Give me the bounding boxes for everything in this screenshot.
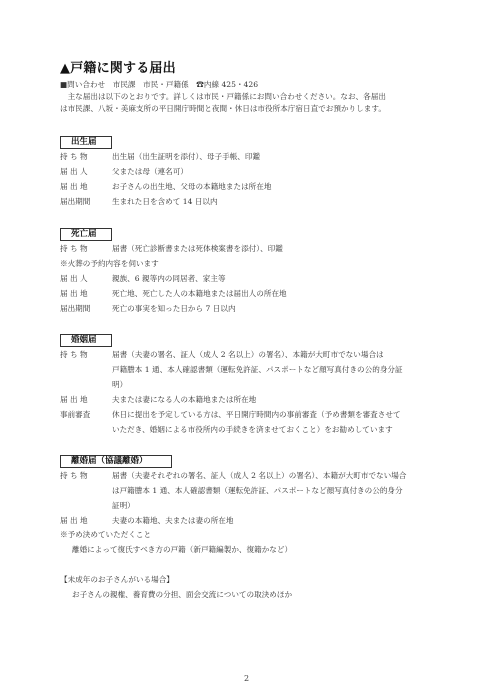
row-label: 届 出 地 [60,289,112,299]
row-label: 事前審査 [60,410,112,420]
row-value: 届書（夫妻の署名、証人（成人 2 名以上）の署名）、本籍が大町市でない場合は [112,350,384,360]
divorce-row: 届 出 地夫妻の本籍地、夫または妻の所在地 [60,516,234,526]
row-value: 死亡の事実を知った日から 7 日以内 [112,304,236,314]
row-label: 届 出 人 [60,167,112,177]
row-value: 生まれた日を含めて 14 日以内 [112,197,218,207]
death-note: ※火葬の予約内容を伺います [60,259,159,269]
death-row: 届 出 地死亡地、死亡した人の本籍地または届出人の所在地 [60,289,287,299]
divorce-note-title: ※予め決めていただくこと [60,530,151,540]
birth-row: 持 ち 物出生届（出生証明を添付）、母子手帳、印鑑 [60,152,260,162]
row-value: 父または母（連名可） [112,167,188,177]
contact-line: ■問い合わせ 市民課 市民・戸籍係 ☎内線 425・426 [60,80,258,90]
birth-row: 届出期間生まれた日を含めて 14 日以内 [60,197,218,207]
marriage-row-cont: いただき、婚姻による市役所内の手続きを済ませておくこと）をお勧めしています [112,425,393,435]
divorce-row: 持 ち 物届書（夫妻それぞれの署名、証人（成人 2 名以上）の署名）、本籍が大町… [60,471,406,481]
birth-row: 届 出 地お子さんの出生地、父母の本籍地または所在地 [60,182,271,192]
row-value: 出生届（出生証明を添付）、母子手帳、印鑑 [112,152,260,162]
row-label: 届 出 人 [60,274,112,284]
row-label: 届出期間 [60,197,112,207]
row-label: 持 ち 物 [60,244,112,254]
intro-line-2: は市民課、八坂・美麻支所の平日開庁時間と夜間・休日は市役所本庁宿日直でお預かりし… [60,104,386,114]
marriage-row-cont: 明） [112,380,127,390]
section-heading-death: 死亡届 [60,228,112,241]
row-value: 休日に提出を予定している方は、平日開庁時間内の事前審査（予め書類を審査させて [112,410,401,420]
intro-line-1: 主な届出は以下のとおりです。詳しくは市民・戸籍係にお問い合わせください。なお、各… [60,92,386,102]
marriage-row: 持 ち 物届書（夫妻の署名、証人（成人 2 名以上）の署名）、本籍が大町市でない… [60,350,384,360]
row-label: 持 ち 物 [60,471,112,481]
row-label: 届 出 地 [60,182,112,192]
death-row: 届 出 人親族、6 親等内の同居者、家主等 [60,274,226,284]
row-value: 届書（死亡診断書または死体検案書を添付）、印鑑 [112,244,283,254]
marriage-row: 届 出 地夫または妻になる人の本籍地または所在地 [60,395,256,405]
birth-row: 届 出 人父または母（連名可） [60,167,188,177]
death-row: 持 ち 物届書（死亡診断書または死体検案書を添付）、印鑑 [60,244,283,254]
divorce-note-body: 離婚によって復氏すべき方の戸籍（新戸籍編製か、復籍かなど） [72,545,292,555]
row-label: 届 出 地 [60,395,112,405]
row-label: 持 ち 物 [60,350,112,360]
death-row: 届出期間死亡の事実を知った日から 7 日以内 [60,304,236,314]
row-label: 持 ち 物 [60,152,112,162]
section-heading-marriage: 婚姻届 [60,334,112,347]
row-value: お子さんの出生地、父母の本籍地または所在地 [112,182,271,192]
row-label: 届出期間 [60,304,112,314]
row-label: 届 出 地 [60,516,112,526]
row-value: 死亡地、死亡した人の本籍地または届出人の所在地 [112,289,287,299]
row-value: 親族、6 親等内の同居者、家主等 [112,274,226,284]
page-number: 2 [244,674,249,683]
document-page: ▲戸籍に関する届出 ■問い合わせ 市民課 市民・戸籍係 ☎内線 425・426 … [0,0,494,700]
page-title: ▲戸籍に関する届出 [60,57,176,76]
minor-children-title: 【未成年のお子さんがいる場合】 [60,575,174,585]
section-heading-divorce: 離婚届（協議離婚） [60,455,172,468]
marriage-row: 事前審査休日に提出を予定している方は、平日開庁時間内の事前審査（予め書類を審査さ… [60,410,401,420]
divorce-row-cont: は戸籍謄本 1 通、本人確認書類（運転免許証、パスポートなど顔写真付きの公的身分 [112,486,403,496]
row-value: 夫妻の本籍地、夫または妻の所在地 [112,516,234,526]
row-value: 夫または妻になる人の本籍地または所在地 [112,395,256,405]
minor-children-body: お子さんの親権、養育費の分担、面会交流についての取決めほか [72,590,292,600]
row-value: 届書（夫妻それぞれの署名、証人（成人 2 名以上）の署名）、本籍が大町市でない場… [112,471,406,481]
divorce-row-cont: 証明） [112,501,135,511]
marriage-row-cont: 戸籍謄本 1 通、本人確認書類（運転免許証、パスポートなど顔写真付きの公的身分証 [112,365,403,375]
section-heading-birth: 出生届 [60,136,112,149]
